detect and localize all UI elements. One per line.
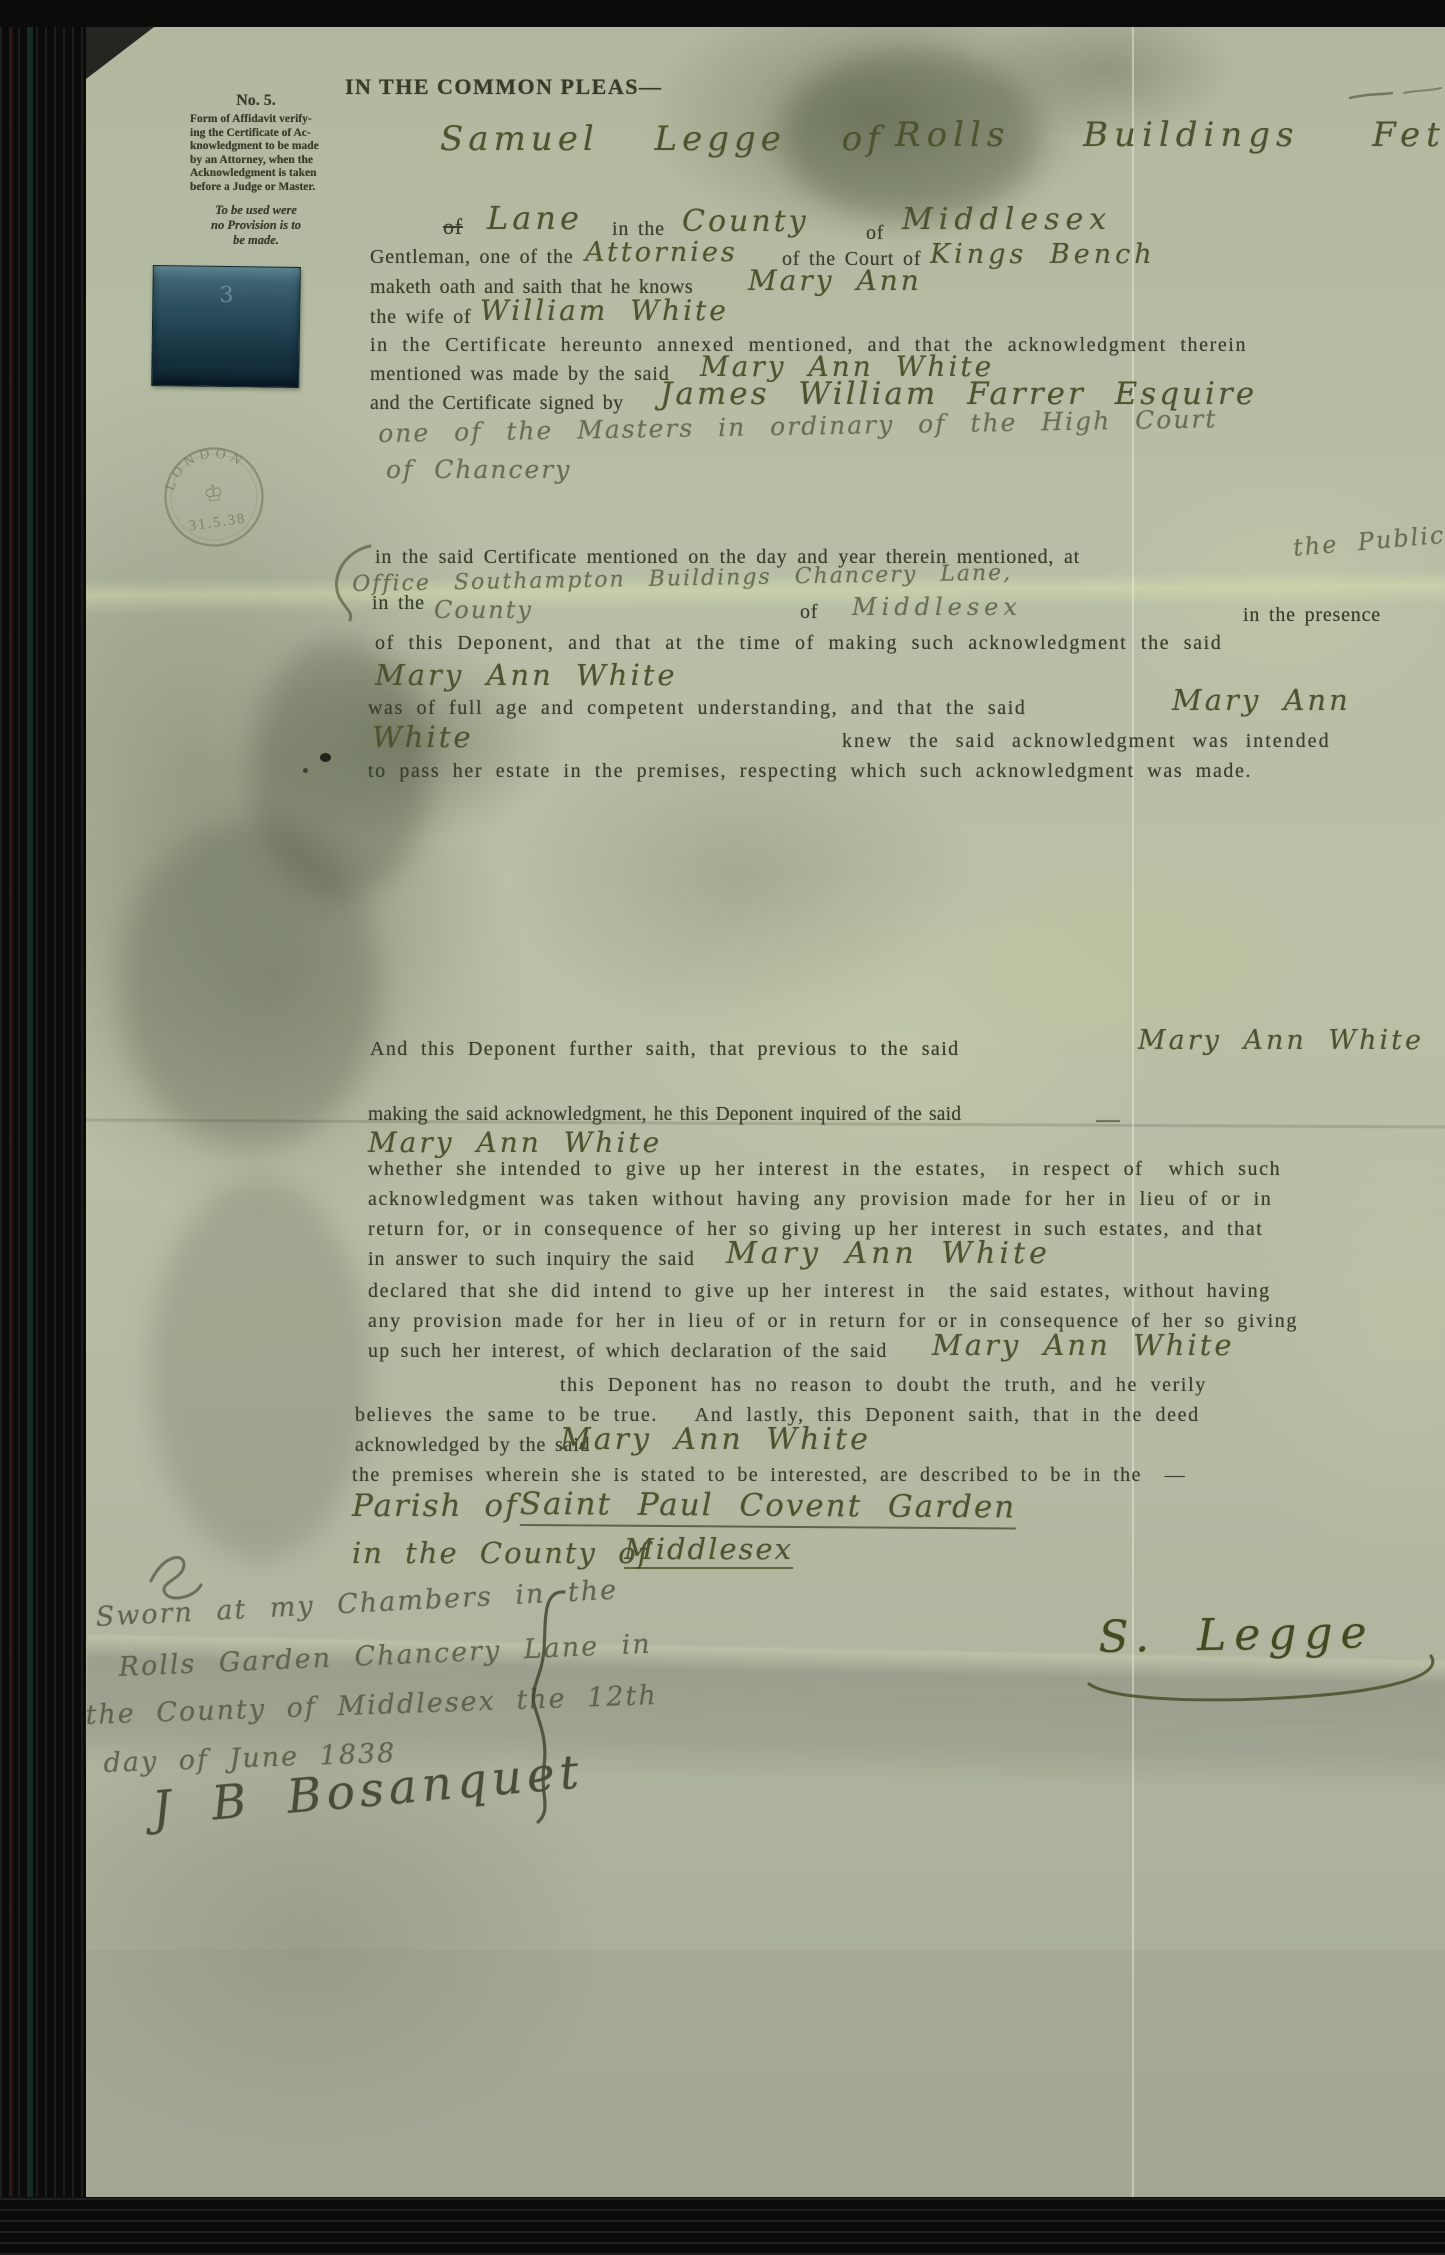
handwritten-text: County	[434, 597, 533, 625]
printed-text: of	[866, 222, 884, 245]
handwritten-text: Attornies	[585, 237, 738, 268]
printed-text: this Deponent has no reason to doubt the…	[560, 1374, 1207, 1397]
printed-text: Gentleman, one of the	[370, 246, 574, 269]
printed-text: up such her interest, of which declarati…	[368, 1340, 888, 1363]
handwritten-text: William White	[480, 295, 729, 327]
handwritten-text: White	[372, 721, 474, 754]
handwritten-text: Mary Ann White	[726, 1237, 1051, 1272]
handwritten-text: Mary Ann White	[368, 1127, 662, 1159]
printed-text: to pass her estate in the premises, resp…	[368, 760, 1252, 783]
handwritten-text: Mary Ann White	[375, 659, 678, 692]
handwritten-text: Mary Ann White	[932, 1329, 1235, 1362]
pen-monogram	[143, 1545, 213, 1605]
handwritten-text: County	[682, 205, 809, 240]
handwritten-text: Mary Ann White	[1138, 1025, 1424, 1056]
printed-text: of	[443, 214, 463, 239]
handwritten-text: Middlesex	[624, 1533, 793, 1569]
scanned-affidavit-page: No. 5. Form of Affidavit verify- ing the…	[0, 0, 1445, 2255]
handwritten-text: —	[1095, 1106, 1123, 1136]
printed-text: mentioned was made by the said	[370, 363, 670, 386]
handwritten-text: Middlesex	[852, 594, 1022, 622]
printed-text: the premises wherein she is stated to be…	[352, 1464, 1186, 1487]
printed-text: of	[800, 601, 818, 624]
handwritten-text: Rolls Buildings Fetter	[895, 116, 1445, 155]
printed-text: knew the said acknowledgment was intende…	[842, 730, 1331, 753]
handwritten-text: Lane	[487, 200, 583, 237]
printed-text: declared that she did intend to give up …	[368, 1280, 1271, 1303]
printed-text: in the presence	[1243, 604, 1381, 627]
handwritten-text: Kings Bench	[930, 239, 1156, 270]
handwritten-text: Saint Paul Covent Garden	[520, 1487, 1017, 1529]
handwritten-text: of Chancery	[386, 456, 571, 485]
printed-text: acknowledged by the said	[355, 1434, 590, 1457]
pen-flourish	[326, 542, 386, 622]
handwritten-text: Middlesex	[902, 203, 1112, 238]
printed-text: of this Deponent, and that at the time o…	[375, 632, 1222, 655]
printed-text: acknowledgment was taken without having …	[368, 1188, 1272, 1211]
handwritten-text: Parish of	[352, 1489, 540, 1525]
printed-text: the wife of	[370, 306, 471, 329]
printed-text: whether she intended to give up her inte…	[368, 1158, 1281, 1181]
handwritten-text: the Public	[1292, 522, 1445, 563]
handwritten-text: Samuel Legge of	[440, 120, 885, 159]
printed-text: and the Certificate signed by	[370, 392, 624, 415]
handwritten-text: Mary Ann White	[560, 1423, 871, 1458]
printed-text: was of full age and competent understand…	[368, 697, 1027, 720]
signature-flourish	[1085, 1648, 1445, 1714]
scanner-background-bottom	[0, 2197, 1445, 2255]
printed-text: in answer to such inquiry the said	[368, 1248, 695, 1271]
handwritten-text: Mary Ann	[1172, 684, 1351, 717]
printed-text: making the said acknowledgment, he this …	[368, 1104, 961, 1126]
handwritten-text: Mary Ann	[748, 265, 922, 297]
printed-text: And this Deponent further saith, that pr…	[370, 1038, 960, 1061]
document-text-layer: Samuel Legge ofRolls Buildings FetterofL…	[0, 0, 1445, 2255]
